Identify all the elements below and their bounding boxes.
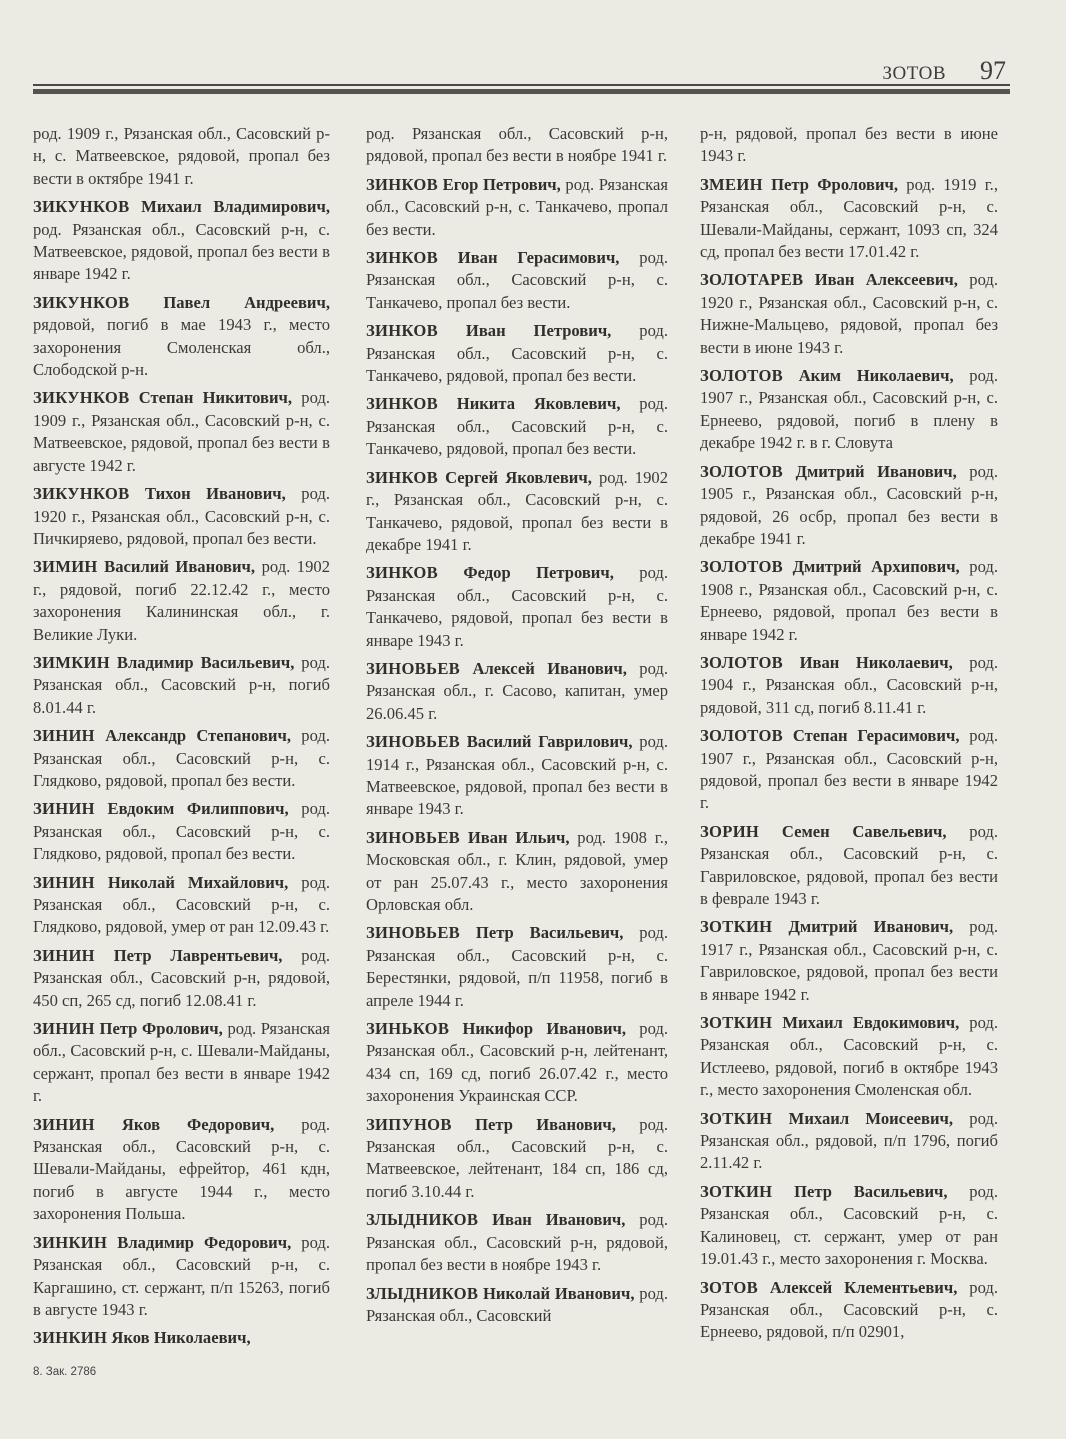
- entry-surname: ЗИКУНКОВ: [33, 293, 129, 312]
- entry: ЗИНКОВ Сергей Яковлевич, род. 1902 г., Р…: [366, 467, 668, 557]
- entry: ЗИКУНКОВ Павел Андреевич, рядовой, погиб…: [33, 292, 330, 382]
- entry-given-name: Михаил Моисеевич,: [789, 1109, 953, 1128]
- entry: ЗОЛОТОВ Дмитрий Архипович, род. 1908 г.,…: [700, 556, 998, 646]
- entry: ЗИНИН Александр Степанович, род. Рязанск…: [33, 725, 330, 792]
- entry-given-name: Егор Петрович,: [443, 175, 561, 194]
- entry-text: род. 1909 г., Рязанская обл., Сасовский …: [33, 124, 330, 188]
- entry-surname: ЗИНКОВ: [366, 175, 438, 194]
- entry-surname: ЗОЛОТОВ: [700, 653, 783, 672]
- entry-surname: ЗИМИН: [33, 557, 98, 576]
- entry-given-name: Александр Степанович,: [105, 726, 291, 745]
- entry-surname: ЗИНКОВ: [366, 563, 438, 582]
- entry-surname: ЗИНКОВ: [366, 321, 438, 340]
- entry-surname: ЗОТКИН: [700, 917, 772, 936]
- entry-continuation: р-н, рядовой, пропал без вести в июне 19…: [700, 123, 998, 168]
- entry: ЗИПУНОВ Петр Иванович, род. Рязанская об…: [366, 1114, 668, 1204]
- page-number: 97: [980, 56, 1006, 86]
- entry-surname: ЗМЕИН: [700, 175, 763, 194]
- entry-surname: ЗИКУНКОВ: [33, 484, 129, 503]
- entry-given-name: Николай Михайлович,: [108, 873, 288, 892]
- entry: ЗИНИН Яков Федорович, род. Рязанская обл…: [33, 1114, 330, 1226]
- entry-text: род. Рязанская обл., Сасовский р-н, рядо…: [366, 124, 668, 165]
- entry-text: рядовой, погиб в мае 1943 г., место захо…: [33, 315, 330, 379]
- entry: ЗЛЫДНИКОВ Иван Иванович, род. Рязанская …: [366, 1209, 668, 1276]
- entry: ЗИНКОВ Федор Петрович, род. Рязанская об…: [366, 562, 668, 652]
- running-head: ЗОТОВ 97: [883, 56, 1007, 86]
- entry: ЗИНОВЬЕВ Василий Гаврилович, род. 1914 г…: [366, 731, 668, 821]
- entry: ЗИНОВЬЕВ Иван Ильич, род. 1908 г., Моско…: [366, 827, 668, 917]
- entry-given-name: Василий Иванович,: [104, 557, 255, 576]
- entry-surname: ЗИПУНОВ: [366, 1115, 452, 1134]
- entry-given-name: Семен Савельевич,: [782, 822, 947, 841]
- header-rule-thin: [33, 84, 1010, 86]
- entry-given-name: Петр Фролович,: [771, 175, 898, 194]
- entry: ЗМЕИН Петр Фролович, род. 1919 г., Рязан…: [700, 174, 998, 264]
- entry-given-name: Никифор Иванович,: [463, 1019, 627, 1038]
- entry: ЗИНКИН Владимир Федорович, род. Рязанска…: [33, 1232, 330, 1322]
- entry: ЗОТКИН Михаил Моисеевич, род. Рязанская …: [700, 1108, 998, 1175]
- entry: ЗОРИН Семен Савельевич, род. Рязанская о…: [700, 821, 998, 911]
- entry-given-name: Иван Ильич,: [468, 828, 570, 847]
- entry-given-name: Василий Гаврилович,: [467, 732, 633, 751]
- entry: ЗОТКИН Дмитрий Иванович, род. 1917 г., Р…: [700, 916, 998, 1006]
- column-middle: род. Рязанская обл., Сасовский р-н, рядо…: [366, 123, 668, 1356]
- entry: ЗИНКОВ Егор Петрович, род. Рязанская обл…: [366, 174, 668, 241]
- entry-surname: ЗИНОВЬЕВ: [366, 923, 460, 942]
- entry-surname: ЗОТКИН: [700, 1109, 772, 1128]
- entry-continuation: род. 1909 г., Рязанская обл., Сасовский …: [33, 123, 330, 190]
- entry-given-name: Дмитрий Иванович,: [788, 917, 953, 936]
- entry-surname: ЗОТОВ: [700, 1278, 758, 1297]
- entry-surname: ЗИМКИН: [33, 653, 110, 672]
- entry-surname: ЗОЛОТОВ: [700, 366, 783, 385]
- entry-given-name: Иван Алексеевич,: [815, 270, 958, 289]
- entry-surname: ЗИНЬКОВ: [366, 1019, 449, 1038]
- entry-surname: ЗОЛОТОВ: [700, 557, 783, 576]
- entry-text: р-н, рядовой, пропал без вести в июне 19…: [700, 124, 998, 165]
- entry: ЗИМИН Василий Иванович, род. 1902 г., ря…: [33, 556, 330, 646]
- entry-given-name: Петр Иванович,: [475, 1115, 616, 1134]
- entry-given-name: Петр Васильевич,: [794, 1182, 947, 1201]
- entry-surname: ЗОРИН: [700, 822, 759, 841]
- entry-surname: ЗОТКИН: [700, 1013, 772, 1032]
- entry-surname: ЗЛЫДНИКОВ: [366, 1210, 478, 1229]
- entry: ЗИКУНКОВ Тихон Иванович, род. 1920 г., Р…: [33, 483, 330, 550]
- entry: ЗИНИН Петр Лаврентьевич, род. Рязанская …: [33, 945, 330, 1012]
- entry-given-name: Петр Фролович,: [100, 1019, 223, 1038]
- entry: ЗИНЬКОВ Никифор Иванович, род. Рязанская…: [366, 1018, 668, 1108]
- entry-given-name: Дмитрий Иванович,: [796, 462, 957, 481]
- entry: ЗОЛОТОВ Аким Николаевич, род. 1907 г., Р…: [700, 365, 998, 455]
- entry-surname: ЗИНКОВ: [366, 468, 438, 487]
- entry-given-name: Иван Иванович,: [492, 1210, 625, 1229]
- entry-given-name: Степан Никитович,: [139, 388, 292, 407]
- entry-given-name: Петр Лаврентьевич,: [114, 946, 283, 965]
- entry: ЗИНИН Петр Фролович, род. Рязанская обл.…: [33, 1018, 330, 1108]
- entry: ЗОЛОТОВ Степан Герасимович, род. 1907 г.…: [700, 725, 998, 815]
- entry-given-name: Никита Яковлевич,: [457, 394, 621, 413]
- entry-surname: ЗОТКИН: [700, 1182, 772, 1201]
- entry-surname: ЗОЛОТОВ: [700, 726, 783, 745]
- entry-surname: ЗИНКИН: [33, 1233, 107, 1252]
- entry: ЗИКУНКОВ Степан Никитович, род. 1909 г.,…: [33, 387, 330, 477]
- entry-given-name: Яков Николаевич,: [111, 1328, 250, 1347]
- text-columns: род. 1909 г., Рязанская обл., Сасовский …: [33, 123, 998, 1356]
- entry: ЗИНКОВ Никита Яковлевич, род. Рязанская …: [366, 393, 668, 460]
- entry-given-name: Петр Васильевич,: [476, 923, 623, 942]
- entry: ЗОТКИН Петр Васильевич, род. Рязанская о…: [700, 1181, 998, 1271]
- entry: ЗИНОВЬЕВ Алексей Иванович, род. Рязанска…: [366, 658, 668, 725]
- entry: ЗЛЫДНИКОВ Николай Иванович, род. Рязанск…: [366, 1283, 668, 1328]
- printer-signature: 8. Зак. 2786: [33, 1366, 96, 1378]
- entry-surname: ЗИНОВЬЕВ: [366, 732, 460, 751]
- entry-surname: ЗИНОВЬЕВ: [366, 828, 460, 847]
- entry: ЗИНИН Николай Михайлович, род. Рязанская…: [33, 872, 330, 939]
- entry: ЗИНКОВ Иван Петрович, род. Рязанская обл…: [366, 320, 668, 387]
- entry-surname: ЗОЛОТОВ: [700, 462, 783, 481]
- entry: ЗОЛОТОВ Дмитрий Иванович, род. 1905 г., …: [700, 461, 998, 551]
- entry-given-name: Яков Федорович,: [122, 1115, 274, 1134]
- entry-surname: ЗИНИН: [33, 799, 95, 818]
- entry-given-name: Тихон Иванович,: [145, 484, 286, 503]
- entry: ЗИКУНКОВ Михаил Владимирович, род. Рязан…: [33, 196, 330, 286]
- entry-given-name: Владимир Федорович,: [117, 1233, 291, 1252]
- entry: ЗИМКИН Владимир Васильевич, род. Рязанск…: [33, 652, 330, 719]
- entry: ЗОТКИН Михаил Евдокимович, род. Рязанска…: [700, 1012, 998, 1102]
- entry-given-name: Николай Иванович,: [483, 1284, 634, 1303]
- entry-given-name: Алексей Иванович,: [472, 659, 626, 678]
- entry-given-name: Иван Герасимович,: [458, 248, 620, 267]
- entry-given-name: Сергей Яковлевич,: [445, 468, 592, 487]
- entry-given-name: Владимир Васильевич,: [117, 653, 294, 672]
- entry-surname: ЗЛЫДНИКОВ: [366, 1284, 478, 1303]
- entry: ЗИНКИН Яков Николаевич,: [33, 1327, 330, 1349]
- entry-given-name: Дмитрий Архипович,: [793, 557, 960, 576]
- running-head-word: ЗОТОВ: [883, 63, 947, 85]
- entry-given-name: Михаил Владимирович,: [141, 197, 330, 216]
- entry-given-name: Иван Николаевич,: [800, 653, 953, 672]
- entry-surname: ЗИНИН: [33, 1019, 95, 1038]
- entry: ЗИНОВЬЕВ Петр Васильевич, род. Рязанская…: [366, 922, 668, 1012]
- entry: ЗИНКОВ Иван Герасимович, род. Рязанская …: [366, 247, 668, 314]
- entry-given-name: Аким Николаевич,: [799, 366, 954, 385]
- entry-continuation: род. Рязанская обл., Сасовский р-н, рядо…: [366, 123, 668, 168]
- entry-surname: ЗИКУНКОВ: [33, 197, 129, 216]
- entry-given-name: Федор Петрович,: [463, 563, 614, 582]
- entry-given-name: Павел Андреевич,: [163, 293, 330, 312]
- entry-surname: ЗИНКОВ: [366, 248, 438, 267]
- entry: ЗОЛОТАРЕВ Иван Алексеевич, род. 1920 г.,…: [700, 269, 998, 359]
- entry-surname: ЗИНИН: [33, 946, 95, 965]
- entry: ЗОТОВ Алексей Клементьевич, род. Рязанск…: [700, 1277, 998, 1344]
- column-left: род. 1909 г., Рязанская обл., Сасовский …: [33, 123, 330, 1356]
- entry-text: род. Рязанская обл., Сасовский р-н, с. М…: [33, 220, 330, 284]
- entry-given-name: Степан Герасимович,: [793, 726, 960, 745]
- header-rule-thick: [33, 89, 1010, 94]
- entry-given-name: Алексей Клементьевич,: [770, 1278, 957, 1297]
- entry-surname: ЗИНИН: [33, 726, 95, 745]
- entry: ЗИНИН Евдоким Филиппович, род. Рязанская…: [33, 798, 330, 865]
- entry-surname: ЗИНКОВ: [366, 394, 438, 413]
- entry-surname: ЗИНИН: [33, 873, 95, 892]
- entry-given-name: Иван Петрович,: [466, 321, 611, 340]
- entry-given-name: Михаил Евдокимович,: [782, 1013, 959, 1032]
- entry-surname: ЗИКУНКОВ: [33, 388, 129, 407]
- entry-surname: ЗИНКИН: [33, 1328, 107, 1347]
- entry-surname: ЗОЛОТАРЕВ: [700, 270, 803, 289]
- entry-surname: ЗИНИН: [33, 1115, 95, 1134]
- entry-surname: ЗИНОВЬЕВ: [366, 659, 460, 678]
- entry: ЗОЛОТОВ Иван Николаевич, род. 1904 г., Р…: [700, 652, 998, 719]
- column-right: р-н, рядовой, пропал без вести в июне 19…: [700, 123, 998, 1356]
- entry-given-name: Евдоким Филиппович,: [108, 799, 289, 818]
